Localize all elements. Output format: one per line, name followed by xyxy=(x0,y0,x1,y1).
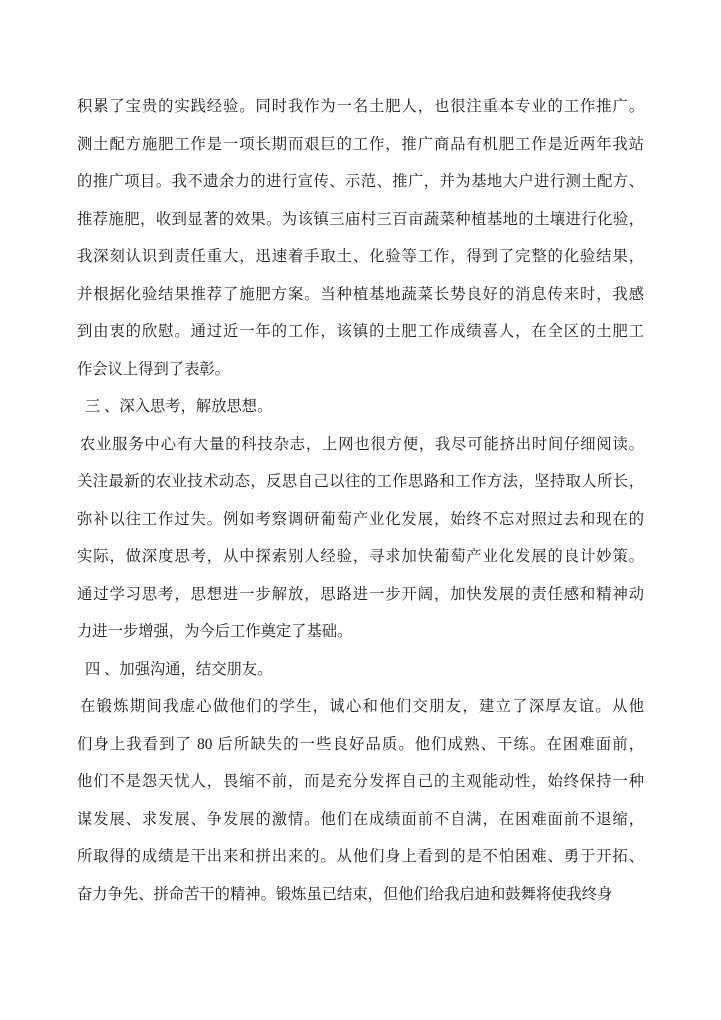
text-line: 并根据化验结果推荐了施肥方案。当种植基地蔬菜长势良好的消息传来时，我感 xyxy=(77,276,644,314)
text-line: 测土配方施肥工作是一项长期而艰巨的工作，推广商品有机肥工作是近两年我站 xyxy=(77,126,644,164)
text-line: 积累了宝贵的实践经验。同时我作为一名土肥人，也很注重本专业的工作推广。 xyxy=(77,88,644,126)
text-line: 通过学习思考，思想进一步解放，思路进一步开阔，加快发展的责任感和精神动 xyxy=(77,576,644,614)
text-line: 的推广项目。我不遗余力的进行宣传、示范、推广，并为基地大户进行测土配方、 xyxy=(77,163,644,201)
text-line: 农业服务中心有大量的科技杂志，上网也很方便，我尽可能挤出时间仔细阅读。 xyxy=(77,426,644,464)
text-line: 们身上我看到了 80 后所缺失的一些良好品质。他们成熟、干练。在困难面前， xyxy=(77,726,644,764)
text-line: 实际，做深度思考，从中探索别人经验，寻求加快葡萄产业化发展的良计妙策。 xyxy=(77,538,644,576)
text-line: 他们不是怨天忧人，畏缩不前，而是充分发挥自己的主观能动性，始终保持一种 xyxy=(77,763,644,801)
text-line: 作会议上得到了表彰。 xyxy=(77,351,644,389)
text-line: 到由衷的欣慰。通过近一年的工作，该镇的土肥工作成绩喜人，在全区的土肥工 xyxy=(77,313,644,351)
document-body: 积累了宝贵的实践经验。同时我作为一名土肥人，也很注重本专业的工作推广。测土配方施… xyxy=(77,88,644,913)
text-line: 在锻炼期间我虚心做他们的学生，诚心和他们交朋友，建立了深厚友谊。从他 xyxy=(77,688,644,726)
text-line: 推荐施肥，收到显著的效果。为该镇三庙村三百亩蔬菜种植基地的土壤进行化验， xyxy=(77,201,644,239)
section-heading: 三 、深入思考，解放思想。 xyxy=(77,388,644,426)
section-heading: 四 、加强沟通，结交朋友。 xyxy=(77,651,644,689)
text-line: 力进一步增强，为今后工作奠定了基础。 xyxy=(77,613,644,651)
text-line: 关注最新的农业技术动态，反思自己以往的工作思路和工作方法，坚持取人所长， xyxy=(77,463,644,501)
text-line: 弥补以往工作过失。例如考察调研葡萄产业化发展，始终不忘对照过去和现在的 xyxy=(77,501,644,539)
text-line: 奋力争先、拼命苦干的精神。锻炼虽已结束，但他们给我启迪和鼓舞将使我终身 xyxy=(77,876,644,914)
document-page: 积累了宝贵的实践经验。同时我作为一名土肥人，也很注重本专业的工作推广。测土配方施… xyxy=(0,0,721,1020)
text-line: 我深刻认识到责任重大，迅速着手取土、化验等工作，得到了完整的化验结果， xyxy=(77,238,644,276)
text-line: 所取得的成绩是干出来和拼出来的。从他们身上看到的是不怕困难、勇于开拓、 xyxy=(77,838,644,876)
text-line: 谋发展、求发展、争发展的激情。他们在成绩面前不自满，在困难面前不退缩， xyxy=(77,801,644,839)
